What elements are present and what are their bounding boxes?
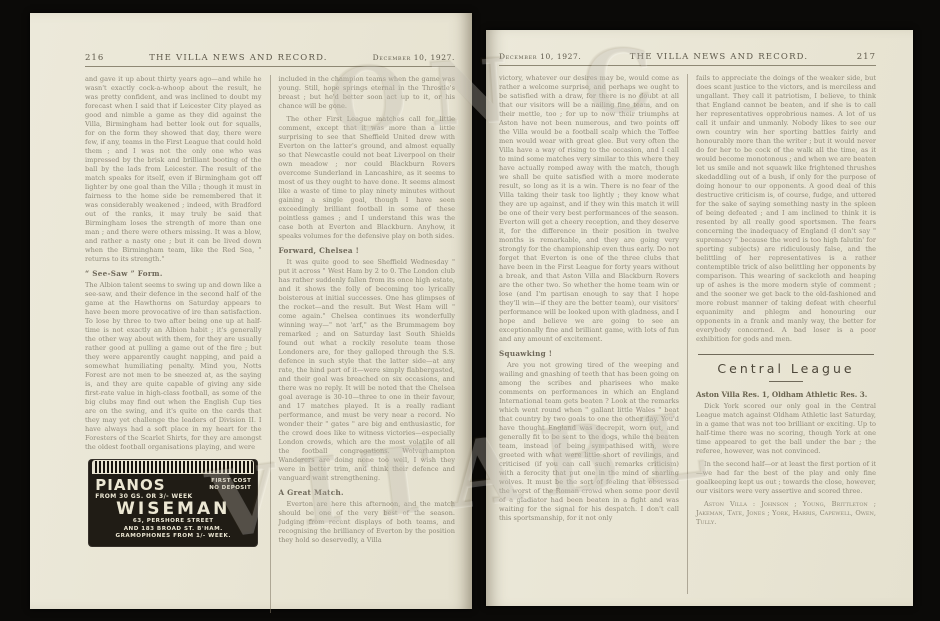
scan-background: 216 THE VILLA NEWS AND RECORD. December …	[0, 0, 940, 621]
section-rule-bottom	[769, 381, 803, 382]
section-title-central-league: Central League	[696, 361, 876, 376]
advert-brand: WISEMAN	[89, 501, 257, 518]
piano-keys-graphic	[92, 460, 254, 474]
paragraph: It was quite good to see Sheffield Wedne…	[279, 258, 456, 483]
left-page-column-2: included in the champion teams when the …	[271, 75, 456, 613]
pianos-advert: PIANOS FROM 30 GS. OR 3/- WEEK FIRST COS…	[89, 460, 257, 546]
subheading-see-saw-form: “ See-Saw ” Form.	[85, 269, 262, 278]
paragraph: In the second half—or at least the first…	[696, 460, 876, 496]
advert-address-2: AND 183 BROAD ST. B'HAM.	[89, 526, 257, 534]
left-page-date: December 10, 1927.	[373, 53, 455, 62]
right-page: December 10, 1927. THE VILLA NEWS AND RE…	[486, 30, 913, 606]
right-page-date: December 10, 1927.	[499, 52, 581, 61]
paragraph: and gave it up about thirty years ago—an…	[85, 75, 262, 264]
right-page-header: December 10, 1927. THE VILLA NEWS AND RE…	[499, 52, 876, 66]
paragraph: Everton are here this afternoon, and the…	[279, 500, 456, 545]
advert-badge-no-deposit: NO DEPOSIT	[209, 485, 251, 492]
left-page-title: THE VILLA NEWS AND RECORD.	[149, 53, 328, 63]
paragraph: fails to appreciate the doings of the we…	[696, 74, 876, 344]
advert-badge-first-cost: FIRST COST	[209, 478, 251, 485]
paragraph: The other First League matches call for …	[279, 115, 456, 241]
left-page: 216 THE VILLA NEWS AND RECORD. December …	[30, 13, 472, 609]
right-page-number: 217	[857, 52, 876, 62]
advert-product: PIANOS	[95, 478, 192, 492]
section-rule-top	[698, 354, 874, 355]
subheading-forward-chelsea: Forward, Chelsea !	[279, 246, 456, 255]
advert-address-1: 63, PERSHORE STREET	[89, 518, 257, 526]
paragraph: The Albion talent seems to swing up and …	[85, 281, 262, 452]
match-result-heading: Aston Villa Res. 1, Oldham Athletic Res.…	[696, 390, 876, 399]
right-page-column-1: victory, whatever our desires may be, wo…	[499, 74, 687, 594]
left-page-number: 216	[85, 53, 104, 63]
advert-address-3: GRAMOPHONES FROM 1/- WEEK.	[89, 533, 257, 541]
paragraph: Are you not growing tired of the weeping…	[499, 361, 679, 523]
left-page-header: 216 THE VILLA NEWS AND RECORD. December …	[85, 53, 455, 67]
paragraph: Dick York scored our only goal in the Ce…	[696, 402, 876, 456]
paragraph: victory, whatever our desires may be, wo…	[499, 74, 679, 344]
paragraph: included in the champion teams when the …	[279, 75, 456, 111]
subheading-squawking: Squawking !	[499, 349, 679, 358]
right-page-column-2: fails to appreciate the doings of the we…	[688, 74, 876, 594]
team-lineup: Aston Villa : Johnson ; Young, Brittleto…	[696, 500, 876, 527]
right-page-title: THE VILLA NEWS AND RECORD.	[630, 52, 809, 62]
central-league-section: Central League Aston Villa Res. 1, Oldha…	[696, 354, 876, 527]
subheading-a-great-match: A Great Match.	[279, 488, 456, 497]
left-page-column-1: and gave it up about thirty years ago—an…	[85, 75, 270, 613]
